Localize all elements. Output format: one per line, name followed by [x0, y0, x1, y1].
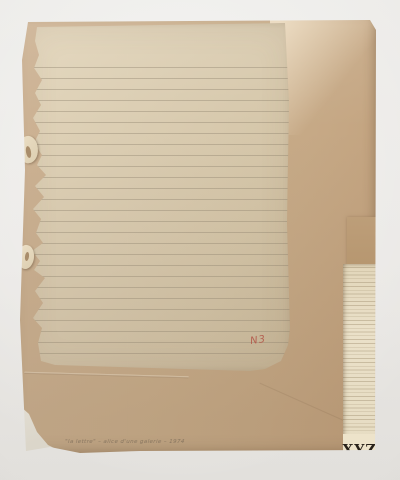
ruled-side-strip: XYZ [343, 264, 376, 453]
paper-collage-artwork: XYZ N3 "la lettre" – alice d'une galerie… [20, 20, 376, 453]
xyz-stamp: XYZ [342, 443, 376, 460]
torn-corner-reveal [20, 400, 60, 453]
stamp-patch: XYZ [343, 434, 376, 468]
lined-notebook-sheet: N3 [25, 23, 293, 371]
darker-paper-patch [347, 217, 376, 269]
horizontal-crease [24, 372, 189, 379]
backing-sheet: XYZ N3 "la lettre" – alice d'une galerie… [20, 20, 376, 453]
pencil-inscription: "la lettre" – alice d'une galerie – 1974 [65, 439, 240, 446]
artist-monogram: N3 [250, 334, 266, 347]
sheet-shading [25, 23, 293, 371]
